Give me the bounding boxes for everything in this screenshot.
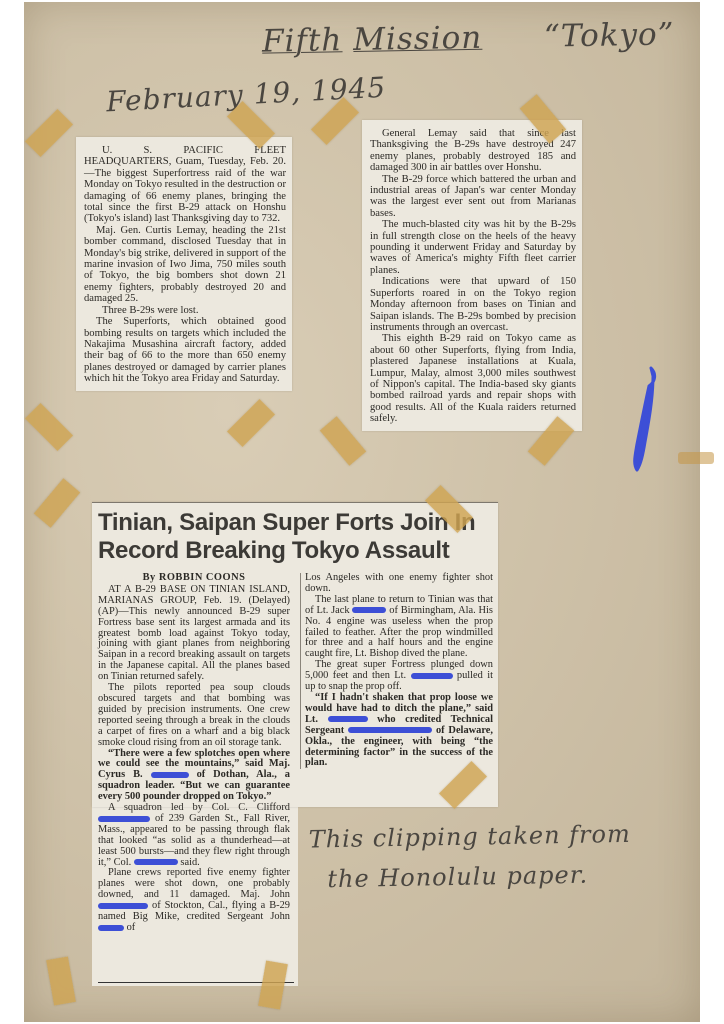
tape-strip xyxy=(46,956,76,1005)
clipping-paragraph: This eighth B-29 raid on Tokyo came as a… xyxy=(370,333,576,424)
title-word-mission: Mission xyxy=(353,20,483,58)
article-paragraph: The great super Fortress plunged down 5,… xyxy=(305,660,493,693)
note-line-2: the Honolulu paper. xyxy=(309,853,710,900)
redaction-marker xyxy=(98,816,150,822)
redaction-marker xyxy=(98,925,124,931)
tape-strip xyxy=(25,403,73,451)
redaction-marker xyxy=(348,727,432,733)
clipping-paragraph: U. S. PACIFIC FLEET HEADQUARTERS, Guam, … xyxy=(84,145,286,225)
paragraph-text: Plane crews reported five enemy fighter … xyxy=(98,867,290,900)
article-paragraph: AT A B-29 BASE ON TINIAN ISLAND, MARIANA… xyxy=(98,585,290,683)
article-byline: By ROBBIN COONS xyxy=(98,573,290,584)
article-paragraph: “If I hadn't shaken that prop loose we w… xyxy=(305,693,493,769)
article-headline: Tinian, Saipan Super Forts Join In Recor… xyxy=(98,509,492,565)
headline-line-1: Tinian, Saipan Super Forts Join In xyxy=(98,509,492,537)
redaction-marker xyxy=(151,772,189,778)
article-paragraph: The pilots reported pea soup clouds obsc… xyxy=(98,683,290,748)
clipping-paragraph: The B-29 force which battered the urban … xyxy=(370,174,576,220)
tape-strip xyxy=(25,109,73,157)
handwritten-title: Fifth Mission “Tokyo” xyxy=(262,16,675,59)
paragraph-text: of xyxy=(127,922,136,933)
redaction-marker xyxy=(411,673,453,679)
redaction-marker xyxy=(328,716,368,722)
scrapbook-page: Fifth Mission “Tokyo” February 19, 1945 … xyxy=(24,2,700,1022)
clipping-pacific-fleet: U. S. PACIFIC FLEET HEADQUARTERS, Guam, … xyxy=(76,137,292,391)
blue-ink-scribble xyxy=(629,364,659,474)
clipping-paragraph: Maj. Gen. Curtis Lemay, heading the 21st… xyxy=(84,225,286,305)
article-paragraph: Los Angeles with one enemy fighter shot … xyxy=(305,573,493,595)
clipping-tinian-article: Tinian, Saipan Super Forts Join In Recor… xyxy=(92,502,498,807)
article-paragraph: The last plane to return to Tinian was t… xyxy=(305,595,493,660)
tape-strip xyxy=(227,399,275,447)
tape-strip xyxy=(34,478,80,527)
redaction-marker xyxy=(134,859,178,865)
tape-residue-stain xyxy=(678,452,714,464)
clipping-paragraph: The much-blasted city was hit by the B-2… xyxy=(370,219,576,276)
redaction-marker xyxy=(352,607,386,613)
clipping-paragraph: Three B-29s were lost. xyxy=(84,305,286,316)
clipping-paragraph: The Superforts, which obtained good bomb… xyxy=(84,316,286,384)
note-line-1: This clipping taken from xyxy=(308,813,709,860)
redaction-marker xyxy=(98,903,148,909)
paragraph-text: said. xyxy=(180,857,199,868)
paragraph-text: A squadron led by Col. C. Clifford xyxy=(108,802,290,813)
headline-line-2: Record Breaking Tokyo Assault xyxy=(98,537,492,565)
article-paragraph: A squadron led by Col. C. Clifford of 23… xyxy=(98,803,290,868)
clipping-paragraph: Indications were that upward of 150 Supe… xyxy=(370,276,576,333)
article-right-column: Los Angeles with one enemy fighter shot … xyxy=(300,573,493,769)
title-word-fifth: Fifth xyxy=(262,22,343,59)
title-word-tokyo: “Tokyo” xyxy=(544,16,675,54)
tape-strip xyxy=(320,416,366,465)
article-left-column: By ROBBIN COONS AT A B-29 BASE ON TINIAN… xyxy=(98,573,290,934)
article-paragraph: “There were a few splotches open where w… xyxy=(98,749,290,804)
article-paragraph: Plane crews reported five enemy fighter … xyxy=(98,868,290,933)
clipping-lemay: General Lemay said that since last Thank… xyxy=(362,120,582,431)
handwritten-note: This clipping taken from the Honolulu pa… xyxy=(308,813,709,900)
